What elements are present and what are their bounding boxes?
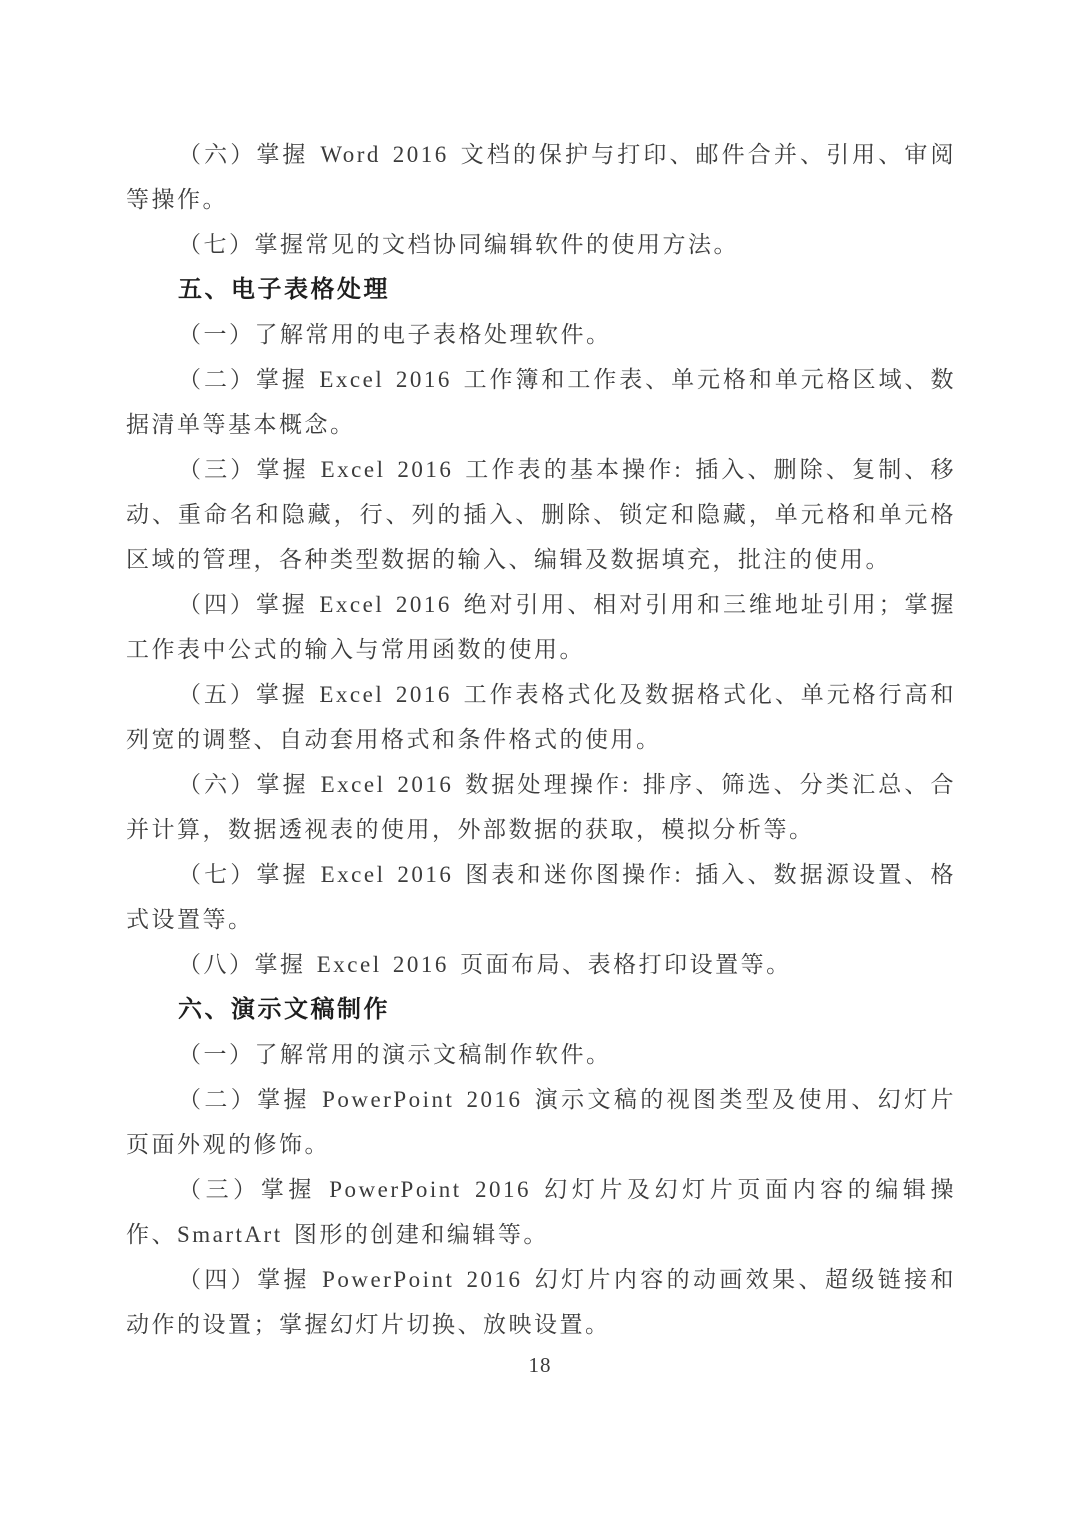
paragraph: （四）掌握 Excel 2016 绝对引用、相对引用和三维地址引用；掌握工作表中… <box>126 582 956 672</box>
section-heading: 五、电子表格处理 <box>126 267 956 312</box>
paragraph: （五）掌握 Excel 2016 工作表格式化及数据格式化、单元格行高和列宽的调… <box>126 672 956 762</box>
paragraph: （六）掌握 Word 2016 文档的保护与打印、邮件合并、引用、审阅等操作。 <box>126 132 956 222</box>
paragraph: （六）掌握 Excel 2016 数据处理操作: 排序、筛选、分类汇总、合并计算… <box>126 762 956 852</box>
paragraph: （八）掌握 Excel 2016 页面布局、表格打印设置等。 <box>126 942 956 987</box>
paragraph: （三）掌握 Excel 2016 工作表的基本操作: 插入、删除、复制、移动、重… <box>126 447 956 582</box>
paragraph: （三）掌握 PowerPoint 2016 幻灯片及幻灯片页面内容的编辑操作、S… <box>126 1167 956 1257</box>
section-heading: 六、演示文稿制作 <box>126 987 956 1032</box>
paragraph: （二）掌握 PowerPoint 2016 演示文稿的视图类型及使用、幻灯片页面… <box>126 1077 956 1167</box>
paragraph: （一）了解常用的演示文稿制作软件。 <box>126 1032 956 1077</box>
paragraph: （四）掌握 PowerPoint 2016 幻灯片内容的动画效果、超级链接和动作… <box>126 1257 956 1347</box>
paragraph: （七）掌握常见的文档协同编辑软件的使用方法。 <box>126 222 956 267</box>
page-number: 18 <box>0 1350 1080 1380</box>
paragraph: （七）掌握 Excel 2016 图表和迷你图操作: 插入、数据源设置、格式设置… <box>126 852 956 942</box>
document-body: （六）掌握 Word 2016 文档的保护与打印、邮件合并、引用、审阅等操作。（… <box>126 132 956 1347</box>
paragraph: （一）了解常用的电子表格处理软件。 <box>126 312 956 357</box>
paragraph: （二）掌握 Excel 2016 工作簿和工作表、单元格和单元格区域、数据清单等… <box>126 357 956 447</box>
